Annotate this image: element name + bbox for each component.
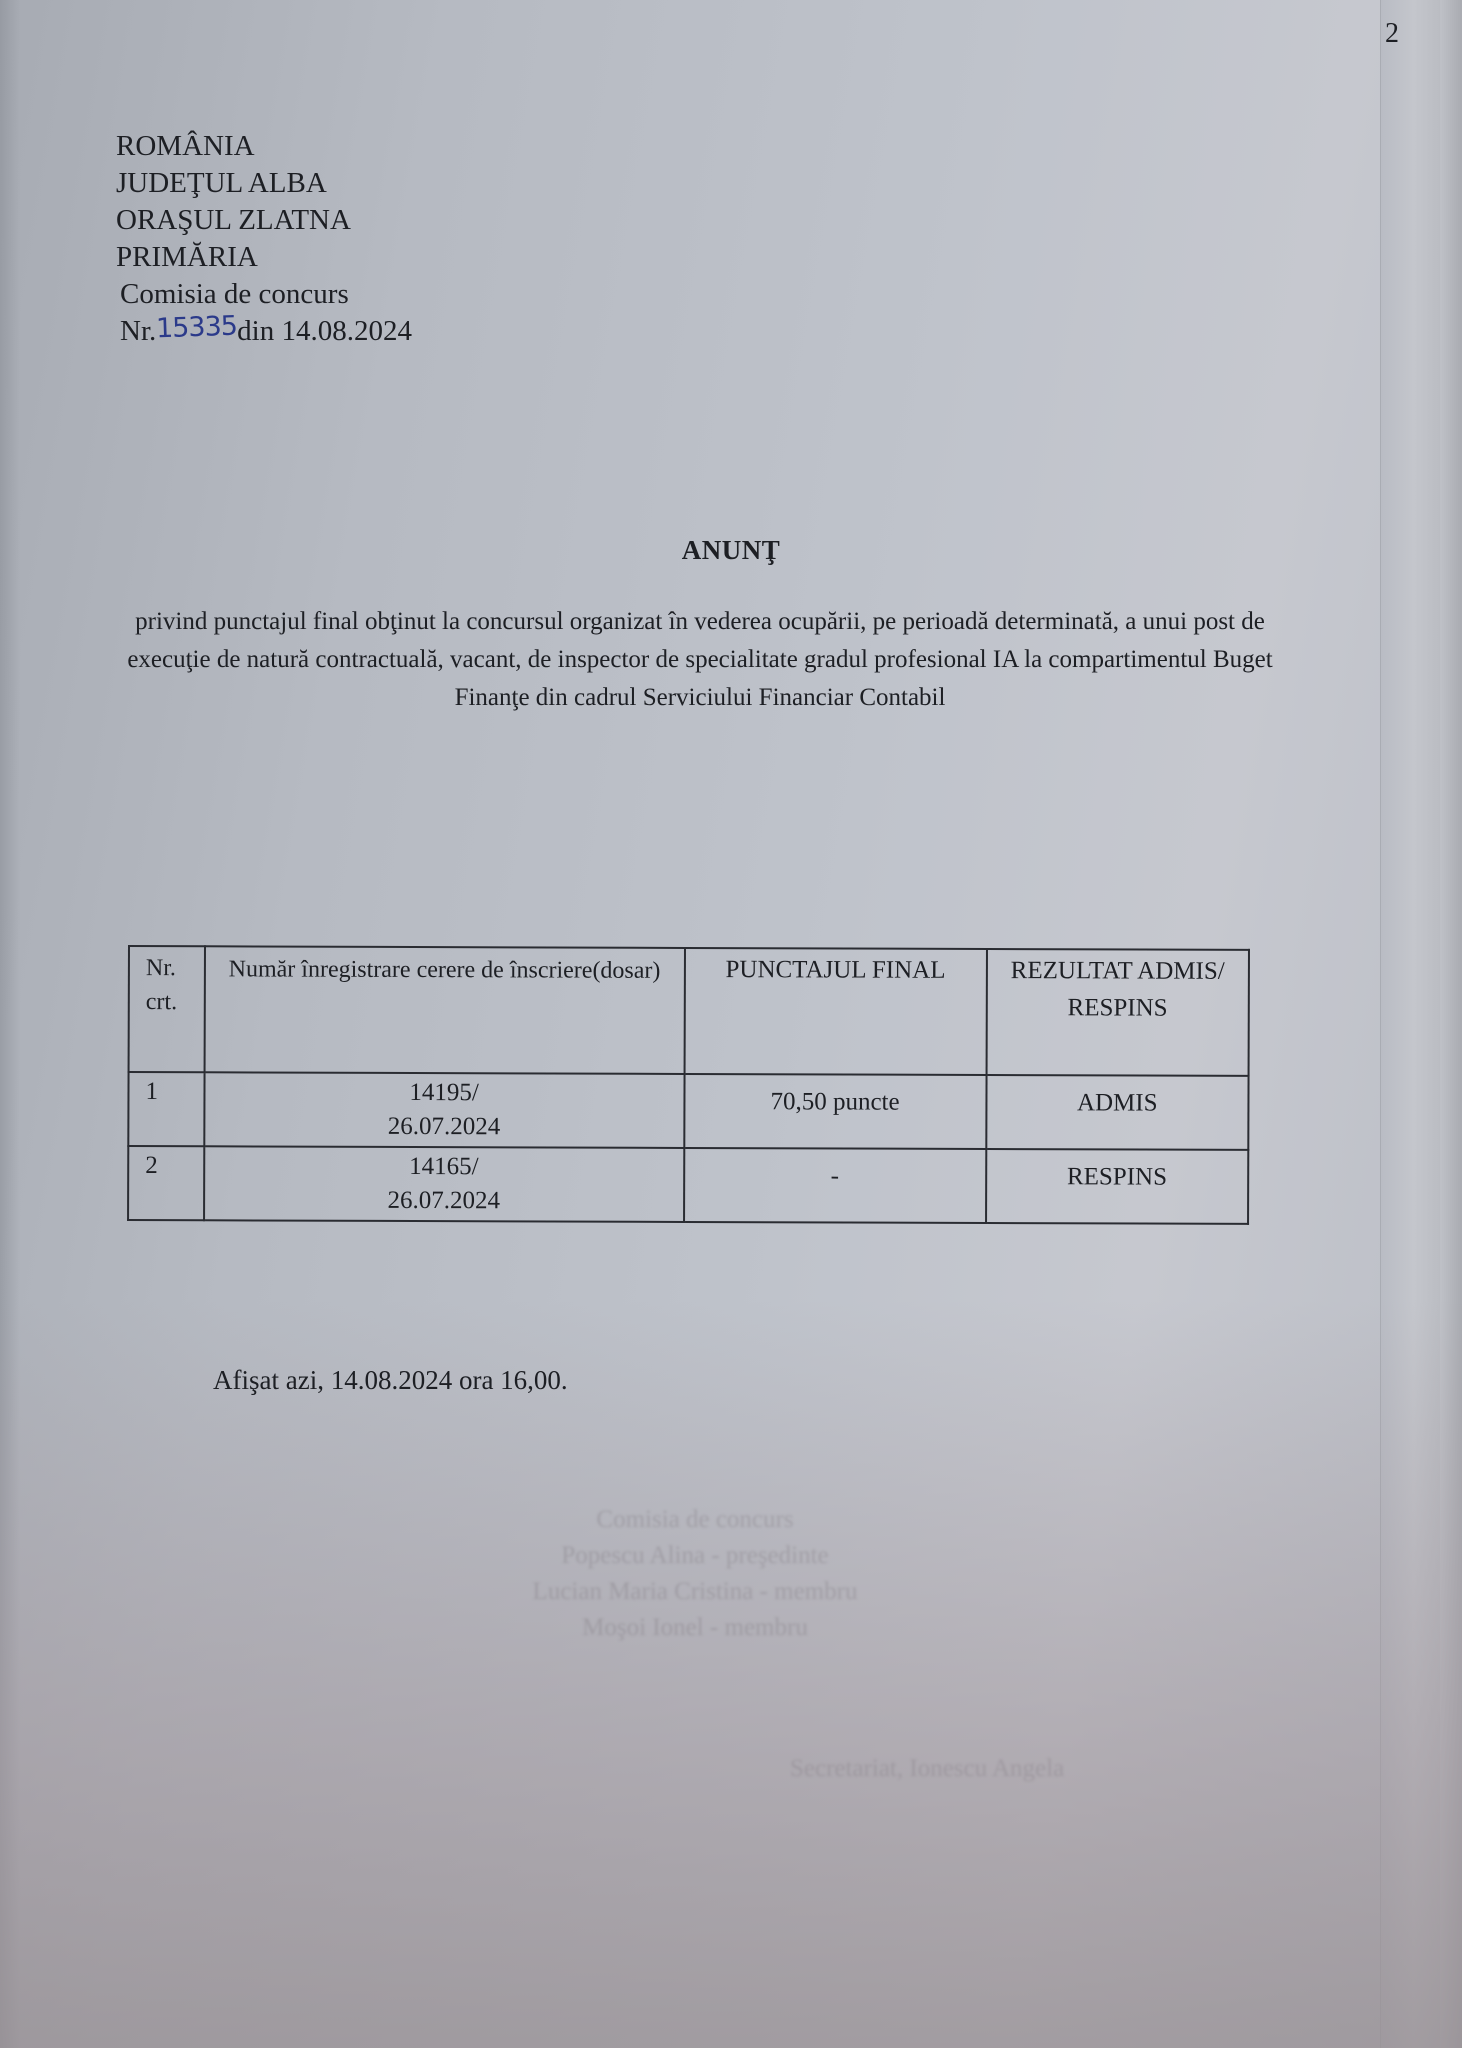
header-final-score: PUNCTAJUL FINAL bbox=[684, 948, 986, 1075]
registration-date: din 14.08.2024 bbox=[237, 315, 412, 347]
cell-result: ADMIS bbox=[986, 1075, 1249, 1150]
issuer-header: ROMÂNIA JUDEŢUL ALBA ORAŞUL ZLATNA PRIMĂ… bbox=[116, 128, 412, 350]
header-result: REZULTAT ADMIS/ RESPINS bbox=[986, 949, 1249, 1076]
registration-number: 14165/ bbox=[211, 1149, 677, 1185]
registration-date: 26.07.2024 bbox=[211, 1109, 677, 1145]
cell-final-score: 70,50 puncte bbox=[684, 1074, 986, 1149]
registration-line: Nr.15335din 14.08.2024 bbox=[116, 313, 412, 350]
registration-prefix: Nr. bbox=[120, 315, 156, 347]
registration-number: 14195/ bbox=[211, 1075, 677, 1111]
cell-registration: 14195/ 26.07.2024 bbox=[204, 1072, 684, 1148]
cell-nr: 2 bbox=[128, 1146, 204, 1220]
header-nr-crt: Nr. crt. bbox=[129, 946, 205, 1072]
cell-registration: 14165/ 26.07.2024 bbox=[204, 1146, 684, 1222]
results-table: Nr. crt. Număr înregistrare cerere de în… bbox=[127, 945, 1250, 1225]
posted-note: Afişat azi, 14.08.2024 ora 16,00. bbox=[213, 1365, 568, 1396]
underlying-page-edge-2 bbox=[1440, 0, 1462, 2048]
photo-shadow-left bbox=[0, 0, 20, 2048]
bleed-through-signature: Secretariat, Ionescu Angela bbox=[790, 1755, 1064, 1783]
announcement-intro: privind punctajul final obţinut la concu… bbox=[125, 603, 1275, 717]
bleed-line: Comisia de concurs bbox=[480, 1502, 910, 1538]
bleed-line: Moşoi Ionel - membru bbox=[480, 1610, 910, 1646]
committee-line: Comisia de concurs bbox=[116, 276, 412, 313]
page-number: 2 bbox=[1385, 18, 1399, 50]
table-row: 1 14195/ 26.07.2024 70,50 puncte ADMIS bbox=[128, 1072, 1248, 1150]
county-line: JUDEŢUL ALBA bbox=[116, 165, 412, 202]
registration-date: 26.07.2024 bbox=[211, 1183, 677, 1219]
header-nr-text: Nr. crt. bbox=[146, 955, 177, 1015]
bleed-through-committee: Comisia de concurs Popescu Alina - preşe… bbox=[480, 1502, 910, 1646]
document-title: ANUNŢ bbox=[0, 535, 1462, 566]
handwritten-registration-number: 15335 bbox=[156, 308, 238, 348]
town-line: ORAŞUL ZLATNA bbox=[116, 202, 412, 239]
bleed-line: Lucian Maria Cristina - membru bbox=[480, 1574, 910, 1610]
photo-shadow-bottom bbox=[0, 1300, 1462, 2048]
cell-final-score: - bbox=[684, 1148, 986, 1223]
cell-result: RESPINS bbox=[986, 1149, 1249, 1224]
country-line: ROMÂNIA bbox=[116, 128, 412, 165]
institution-line: PRIMĂRIA bbox=[116, 239, 412, 276]
table-row: 2 14165/ 26.07.2024 - RESPINS bbox=[128, 1146, 1248, 1224]
cell-nr: 1 bbox=[128, 1072, 204, 1146]
bleed-line: Popescu Alina - preşedinte bbox=[480, 1538, 910, 1574]
header-registration: Număr înregistrare cerere de înscriere(d… bbox=[204, 946, 684, 1074]
table-header-row: Nr. crt. Număr înregistrare cerere de în… bbox=[129, 946, 1249, 1076]
